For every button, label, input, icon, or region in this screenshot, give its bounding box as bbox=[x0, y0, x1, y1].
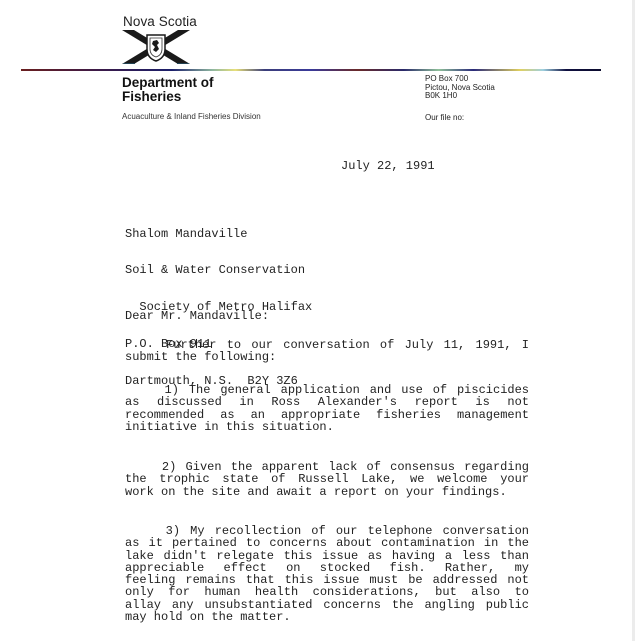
paragraph-line: may hold on the matter. bbox=[125, 611, 529, 623]
point-2-paragraph: 2) Given the apparent lack of consensus … bbox=[125, 461, 529, 498]
file-number-label: Our file no: bbox=[425, 113, 464, 122]
paragraph-line: initiative in this situation. bbox=[125, 421, 529, 433]
paragraph-line: work on the site and await a report on y… bbox=[125, 486, 529, 498]
recipient-line: Shalom Mandaville bbox=[125, 228, 312, 240]
letter-date: July 22, 1991 bbox=[341, 160, 435, 172]
division-name: Acuaculture & Inland Fisheries Division bbox=[122, 112, 261, 121]
point-1-paragraph: 1) The general application and use of pi… bbox=[125, 384, 529, 433]
department-line-1: Department of bbox=[122, 76, 214, 90]
department-name: Department of Fisheries bbox=[122, 76, 214, 104]
department-line-2: Fisheries bbox=[122, 90, 214, 104]
nova-scotia-flag-icon bbox=[122, 30, 190, 64]
point-3-paragraph: 3) My recollection of our telephone conv… bbox=[125, 525, 529, 623]
paragraph-line: only for human health considerations, bu… bbox=[125, 586, 529, 598]
paragraph-line: the trophic state of Russell Lake, we we… bbox=[125, 473, 529, 485]
recipient-address: Shalom Mandaville Soil & Water Conservat… bbox=[125, 203, 312, 400]
recipient-line: Soil & Water Conservation bbox=[125, 264, 312, 276]
paragraph-line: as it pertained to concerns about contam… bbox=[125, 537, 529, 549]
salutation: Dear Mr. Mandaville: bbox=[125, 310, 269, 322]
paragraph-line: submit the following: bbox=[125, 351, 529, 363]
paragraph-line: as discussed in Ross Alexander's report … bbox=[125, 396, 529, 408]
intro-paragraph: Further to our conversation of July 11, … bbox=[125, 339, 529, 364]
address-line: B0K 1H0 bbox=[425, 92, 495, 101]
sender-address: PO Box 700 Pictou, Nova Scotia B0K 1H0 bbox=[425, 75, 495, 101]
letterhead-rule bbox=[21, 69, 601, 71]
province-name: Nova Scotia bbox=[123, 14, 197, 29]
